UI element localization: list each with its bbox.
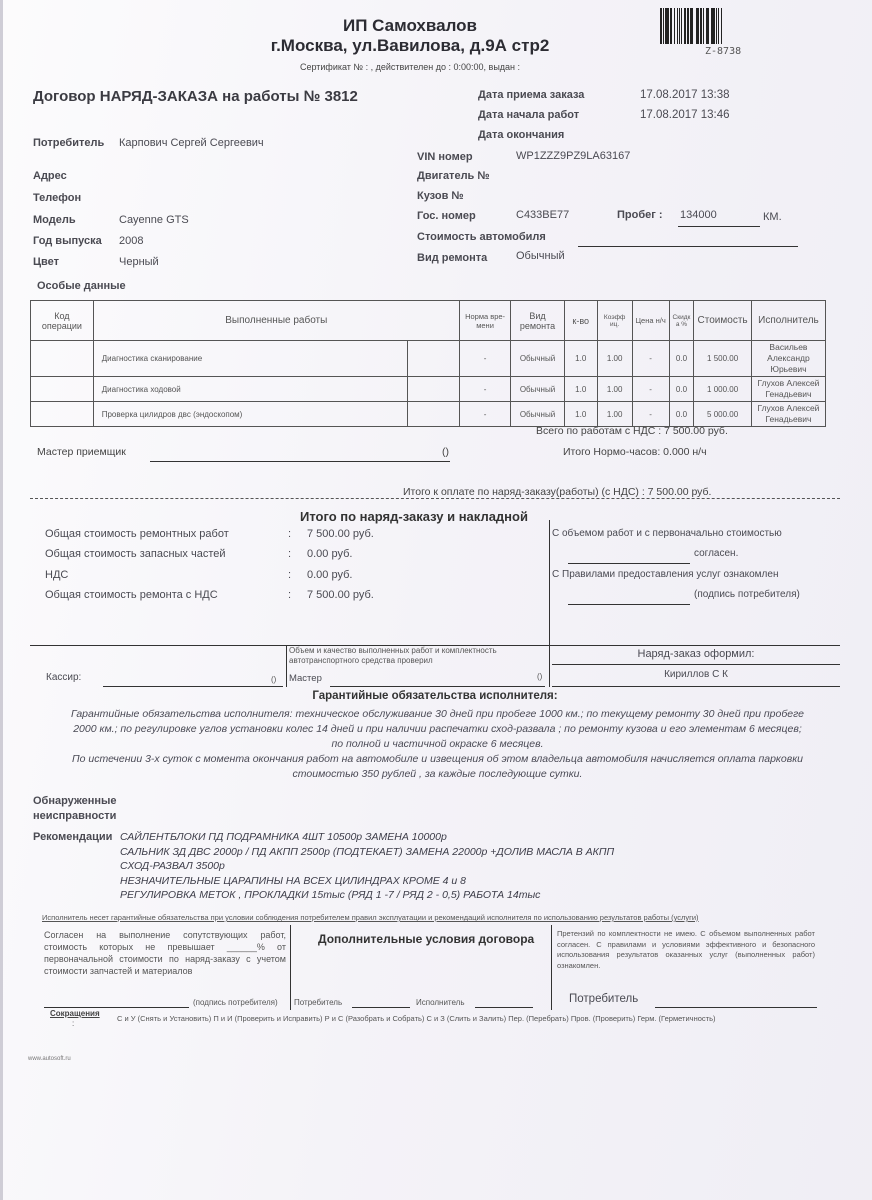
- year-label: Год выпуска: [33, 235, 102, 247]
- date-end-label: Дата окончания: [478, 129, 564, 141]
- master-receiver-signature-line[interactable]: [150, 461, 450, 462]
- sig-divider-1: [286, 645, 287, 687]
- agree-extra-works: Согласен на выполнение сопутствующих раб…: [44, 929, 286, 977]
- cell-price: -: [632, 402, 669, 427]
- abbr-colon: :: [72, 1019, 74, 1028]
- special-data-label: Особые данные: [37, 280, 126, 292]
- plate-label: Гос. номер: [417, 210, 476, 222]
- agree-rules: С Правилами предоставления услуг ознаком…: [552, 569, 778, 580]
- recommendations-list: САЙЛЕНТБЛОКИ ПД ПОДРАМНИКА 4ШТ 10500р ЗА…: [120, 830, 614, 903]
- vin-value: WP1ZZZ9PZ9LA63167: [516, 150, 630, 162]
- address-label: Адрес: [33, 170, 67, 182]
- cell-extra: [408, 402, 459, 427]
- cashier-label: Кассир:: [46, 672, 81, 683]
- repair-type-value: Обычный: [516, 250, 565, 262]
- repair-type-label: Вид ремонта: [417, 252, 487, 264]
- totals-label: Общая стоимость запасных частей: [45, 548, 226, 560]
- cell-norm: -: [459, 377, 510, 402]
- org-name: ИП Самохвалов: [250, 16, 570, 36]
- recommendation-line: НЕЗНАЧИТЕЛЬНЫЕ ЦАРАПИНЫ НА ВСЕХ ЦИЛИНДРА…: [120, 874, 614, 889]
- col-coef: Коэфф иц.: [597, 301, 632, 341]
- agree-scope-signature[interactable]: [568, 563, 690, 564]
- footer-divider-1: [290, 925, 291, 1010]
- agree-rules-signature[interactable]: [568, 604, 690, 605]
- plate-value: С433ВЕ77: [516, 209, 569, 221]
- cell-discount: 0.0: [669, 377, 694, 402]
- barcode-bar: [722, 8, 725, 44]
- issued-by-divider: [552, 664, 840, 665]
- cell-price: -: [632, 341, 669, 377]
- car-cost-underline: [578, 246, 798, 247]
- agree-extra-signature[interactable]: [44, 1007, 189, 1008]
- cell-executor: Глухов Алексей Генадьевич: [751, 402, 825, 427]
- total-works-vat: Всего по работам с НДС : 7 500.00 руб.: [536, 425, 728, 437]
- totals-value: 0.00 руб.: [307, 548, 352, 560]
- warranty-text: Гарантийные обязательства исполнителя: т…: [70, 707, 805, 752]
- footer-consumer-signature[interactable]: [352, 1007, 410, 1008]
- cell-discount: 0.0: [669, 341, 694, 377]
- cell-repair-type: Обычный: [511, 402, 564, 427]
- table-row: Проверка цилидров двс (эндоскопом)-Обычн…: [31, 402, 826, 427]
- certificate-line: Сертификат № : , действителен до : 0:00:…: [230, 62, 590, 72]
- col-cost: Стоимость: [694, 301, 752, 341]
- org-address: г.Москва, ул.Вавилова, д.9А стр2: [250, 36, 570, 56]
- barcode: [660, 8, 785, 44]
- agree-extra-caption: (подпись потребителя): [193, 998, 278, 1007]
- parking-text: По истечении 3-х суток с момента окончан…: [70, 752, 805, 782]
- warranty-condition: Исполнитель несет гарантийные обязательс…: [42, 913, 699, 922]
- table-row: Диагностика ходовой-Обычный1.01.00-0.01 …: [31, 377, 826, 402]
- date-received-value: 17.08.2017 13:38: [640, 89, 730, 101]
- mileage-label: Пробег :: [617, 209, 663, 221]
- cell-repair-type: Обычный: [511, 377, 564, 402]
- totals-label: Общая стоимость ремонта с НДС: [45, 589, 218, 601]
- cell-code: [31, 341, 94, 377]
- cell-cost: 1 000.00: [694, 377, 752, 402]
- totals-colon: :: [288, 548, 291, 560]
- footer-executor-signature[interactable]: [475, 1007, 533, 1008]
- totals-label: НДС: [45, 569, 68, 581]
- cell-work-name: Проверка цилидров двс (эндоскопом): [93, 402, 408, 427]
- recommendation-line: САЛЬНИК ЗД ДВС 2000р / ПД АКПП 2500р (ПО…: [120, 845, 614, 860]
- cashier-signature-line[interactable]: [103, 686, 283, 687]
- cell-coef: 1.00: [597, 377, 632, 402]
- cell-executor: Глухов Алексей Генадьевич: [751, 377, 825, 402]
- cell-qty: 1.0: [564, 402, 597, 427]
- col-works: Выполненные работы: [93, 301, 459, 341]
- totals-label: Общая стоимость ремонтных работ: [45, 528, 229, 540]
- works-table: Код операции Выполненные работы Норма вр…: [30, 300, 826, 427]
- cell-coef: 1.00: [597, 402, 632, 427]
- consumer-signature-caption: (подпись потребителя): [694, 589, 800, 600]
- consumer-value: Карпович Сергей Сергеевич: [119, 137, 264, 149]
- col-executor: Исполнитель: [751, 301, 825, 341]
- date-start-label: Дата начала работ: [478, 109, 579, 121]
- norm-hours-total: Итого Нормо-часов: 0.000 н/ч: [563, 446, 707, 458]
- footer-consumer-big-label: Потребитель: [569, 993, 638, 1005]
- abbr-label: Сокращения: [50, 1009, 100, 1018]
- cell-price: -: [632, 377, 669, 402]
- totals-value: 0.00 руб.: [307, 569, 352, 581]
- cell-discount: 0.0: [669, 402, 694, 427]
- cell-code: [31, 377, 94, 402]
- website: www.autosoft.ru: [28, 1056, 71, 1062]
- col-price: Цена н/ч: [632, 301, 669, 341]
- cell-qty: 1.0: [564, 341, 597, 377]
- cell-work-name: Диагностика сканирование: [93, 341, 408, 377]
- sig-divider-2: [549, 645, 550, 687]
- cell-coef: 1.00: [597, 341, 632, 377]
- footer-divider-2: [551, 925, 552, 1010]
- model-value: Cayenne GTS: [119, 214, 189, 226]
- col-qty: к-во: [564, 301, 597, 341]
- cell-cost: 1 500.00: [694, 341, 752, 377]
- totals-colon: :: [288, 528, 291, 540]
- color-value: Черный: [119, 256, 159, 268]
- cell-cost: 5 000.00: [694, 402, 752, 427]
- mileage-unit: КМ.: [763, 211, 782, 223]
- car-cost-label: Стоимость автомобиля: [417, 231, 546, 243]
- color-label: Цвет: [33, 256, 59, 268]
- master-signature-line[interactable]: [330, 686, 545, 687]
- recommendations-label: Рекомендации: [33, 831, 112, 843]
- col-discount: Скидк а %: [669, 301, 694, 341]
- issued-by-value: Кириллов С К: [552, 669, 840, 680]
- agree-scope: С объемом работ и с первоначально стоимо…: [552, 528, 782, 539]
- table-row: Диагностика сканирование-Обычный1.01.00-…: [31, 341, 826, 377]
- mileage-underline: [678, 226, 760, 227]
- vin-label: VIN номер: [417, 151, 473, 163]
- recommendation-line: САЙЛЕНТБЛОКИ ПД ПОДРАМНИКА 4ШТ 10500р ЗА…: [120, 830, 614, 845]
- cell-executor: Васильев Александр Юрьевич: [751, 341, 825, 377]
- cell-repair-type: Обычный: [511, 341, 564, 377]
- barcode-number: Z-8738: [705, 46, 741, 57]
- consumer-label: Потребитель: [33, 137, 104, 149]
- totals-colon: :: [288, 569, 291, 581]
- year-value: 2008: [119, 235, 143, 247]
- col-code: Код операции: [31, 301, 94, 341]
- engine-label: Двигатель №: [417, 170, 490, 182]
- master-receiver-label: Мастер приемщик: [37, 446, 126, 458]
- warranty-title: Гарантийные обязательства исполнителя:: [30, 690, 840, 702]
- total-to-pay: Итого к оплате по наряд-заказу(работы) (…: [403, 486, 711, 498]
- cell-extra: [408, 377, 459, 402]
- date-received-label: Дата приема заказа: [478, 89, 584, 101]
- master-label: Мастер: [289, 673, 322, 684]
- totals-value: 7 500.00 руб.: [307, 589, 374, 601]
- mileage-value: 134000: [680, 209, 717, 221]
- no-claims-text: Претензий по комплектности не имею. С об…: [557, 929, 815, 971]
- scan-edge: [0, 0, 3, 1200]
- cell-extra: [408, 341, 459, 377]
- issued-by-underline: [552, 686, 840, 687]
- cashier-paren: (): [271, 675, 276, 684]
- totals-colon: :: [288, 589, 291, 601]
- col-repair-type: Вид ремонта: [511, 301, 564, 341]
- cell-qty: 1.0: [564, 377, 597, 402]
- footer-consumer-label: Потребитель: [294, 998, 342, 1007]
- totals-title: Итого по наряд-заказу и накладной: [300, 509, 528, 524]
- table-header-row: Код операции Выполненные работы Норма вр…: [31, 301, 826, 341]
- issued-by-label: Наряд-заказ оформил:: [552, 648, 840, 660]
- cell-norm: -: [459, 341, 510, 377]
- body-label: Кузов №: [417, 190, 464, 202]
- cell-norm: -: [459, 402, 510, 427]
- recommendation-line: СХОД-РАЗВАЛ 3500р: [120, 859, 614, 874]
- document-title: Договор НАРЯД-ЗАКАЗА на работы № 3812: [33, 88, 358, 105]
- dashed-separator: [30, 498, 840, 499]
- date-start-value: 17.08.2017 13:46: [640, 109, 730, 121]
- master-paren: (): [537, 672, 542, 681]
- phone-label: Телефон: [33, 192, 81, 204]
- defects-label: Обнаруженные неисправности: [33, 794, 123, 824]
- abbr-text: С и У (Снять и Установить) П и И (Провер…: [117, 1014, 715, 1023]
- footer-consumer-big-signature[interactable]: [655, 1007, 817, 1008]
- agree-scope-b: согласен.: [694, 548, 738, 559]
- checked-note: Объем и качество выполненных работ и ком…: [289, 646, 529, 666]
- extra-conditions-title: Дополнительные условия договора: [318, 932, 534, 946]
- master-receiver-paren: (): [442, 446, 449, 458]
- footer-executor-label: Исполнитель: [416, 998, 465, 1007]
- cell-code: [31, 402, 94, 427]
- totals-value: 7 500.00 руб.: [307, 528, 374, 540]
- model-label: Модель: [33, 214, 76, 226]
- cell-work-name: Диагностика ходовой: [93, 377, 408, 402]
- col-norm: Норма вре-мени: [459, 301, 510, 341]
- recommendation-line: РЕГУЛИРОВКА МЕТОК , ПРОКЛАДКИ 15тыс (РЯД…: [120, 888, 614, 903]
